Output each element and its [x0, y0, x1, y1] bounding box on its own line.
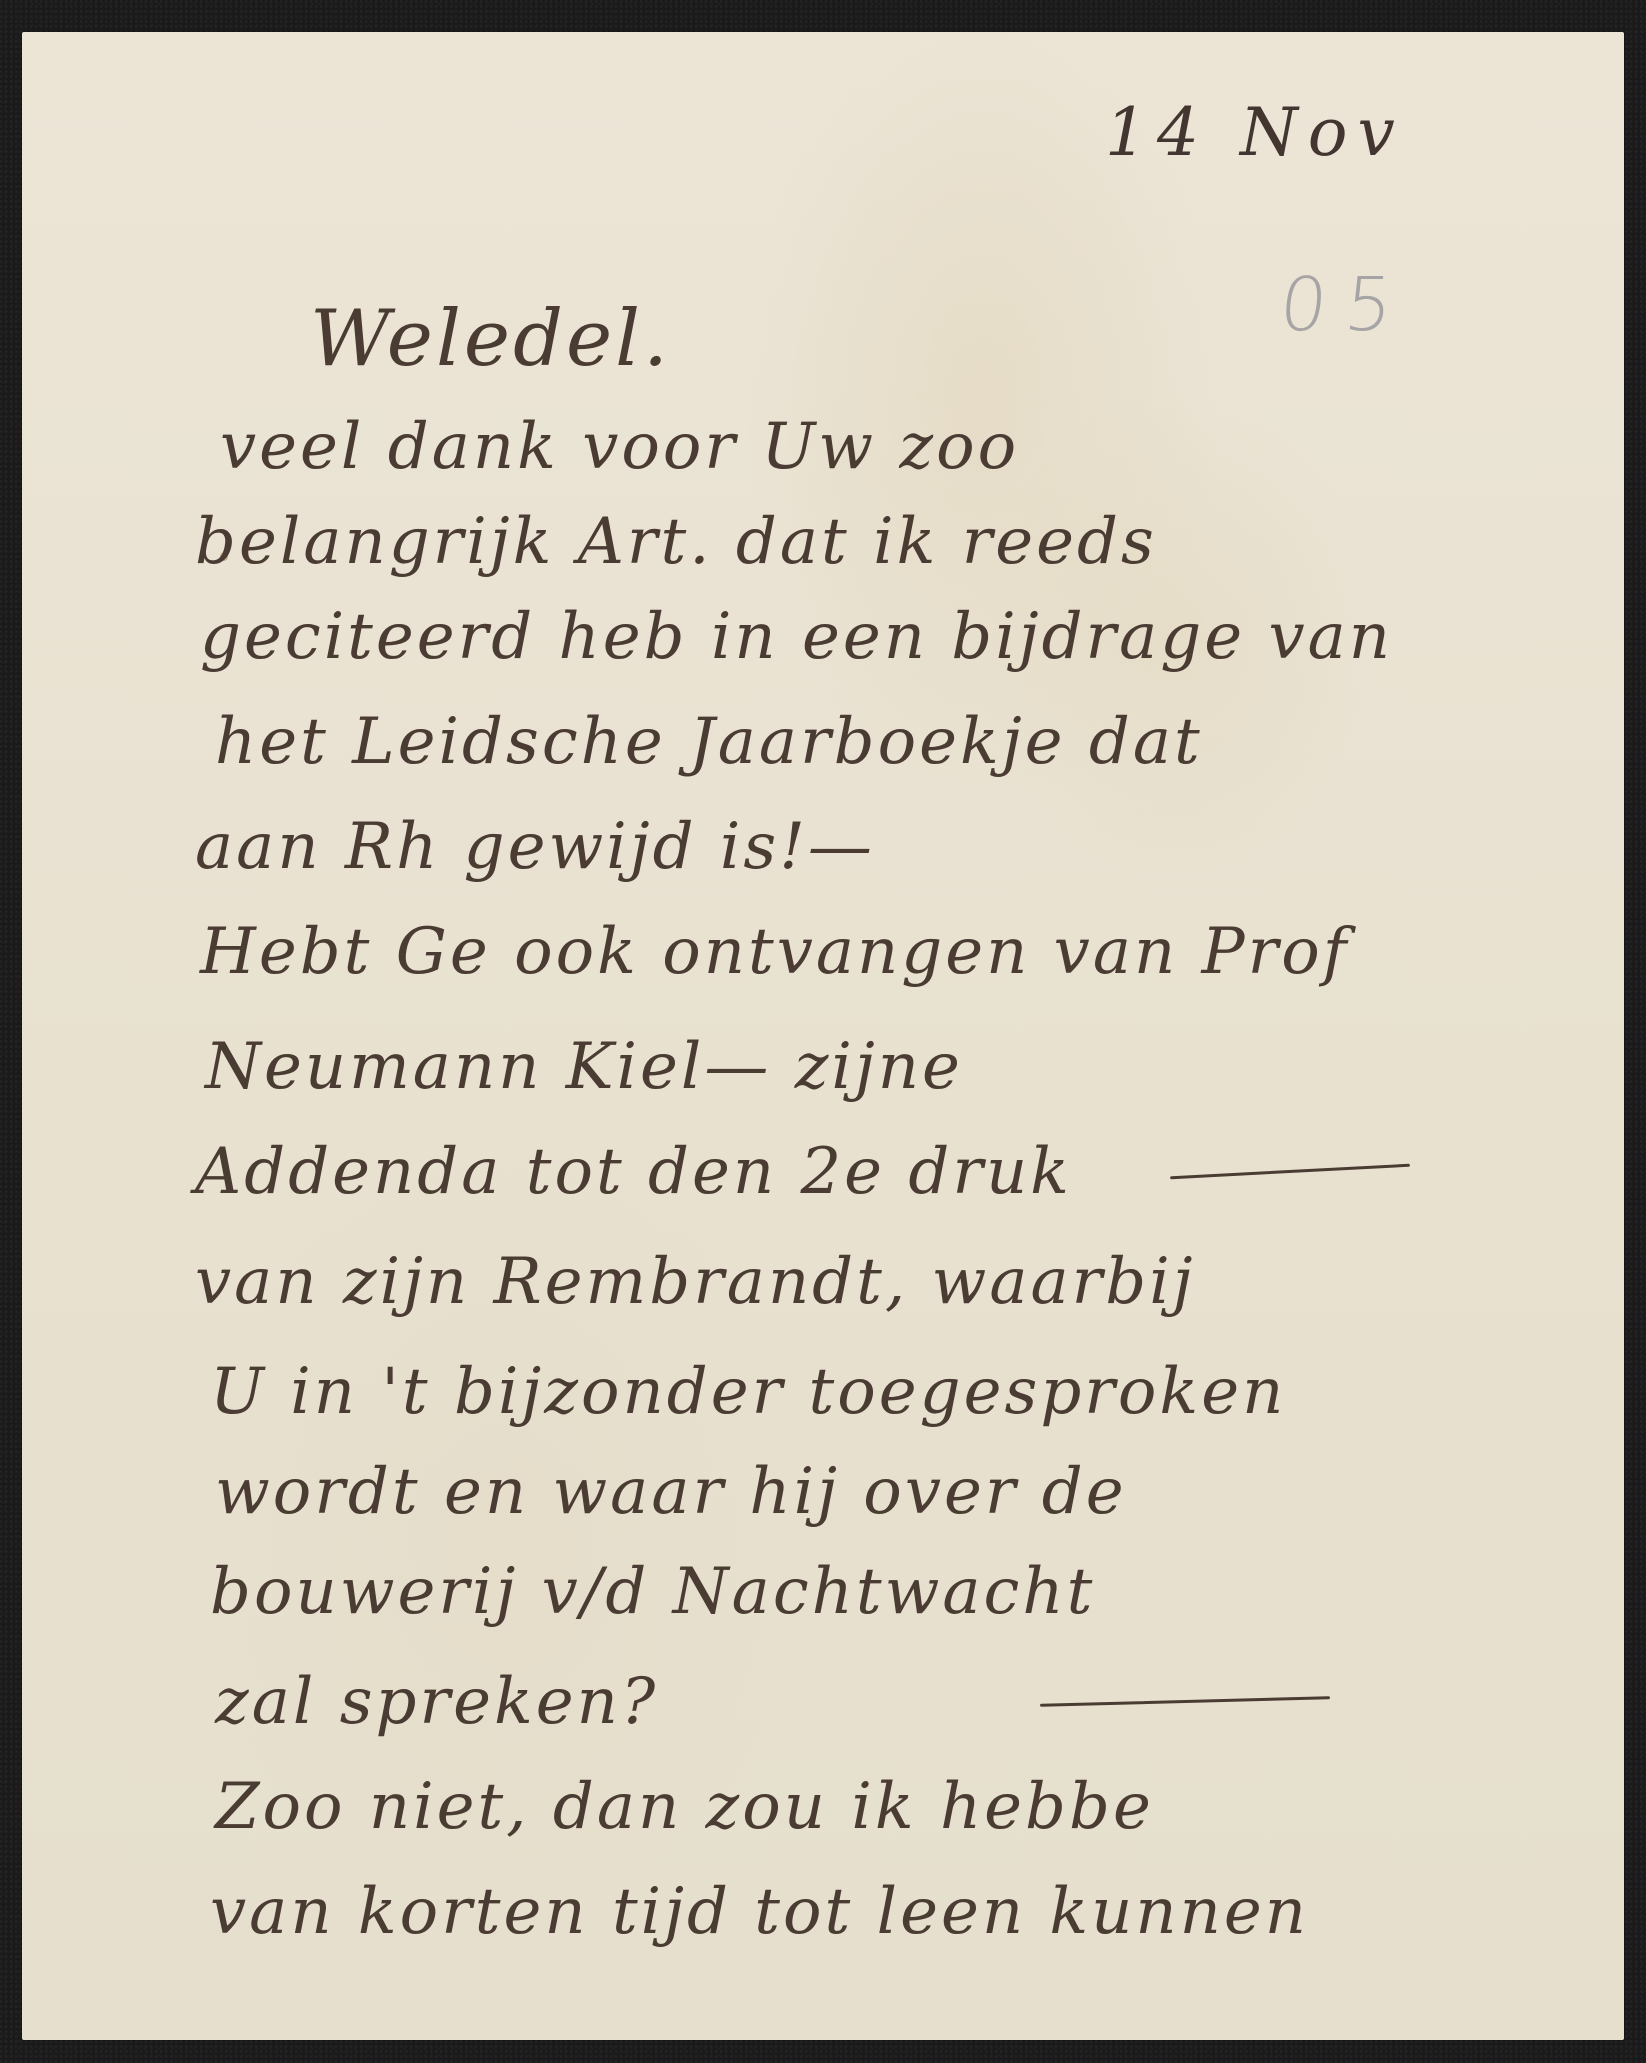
letter-date: 14 Nov [1105, 100, 1405, 166]
archival-pencil-mark: 05 [1275, 262, 1414, 348]
letter-line: van korten tijd tot leen kunnen [210, 1880, 1309, 1944]
letter-line: belangrijk Art. dat ik reeds [195, 510, 1157, 574]
letter-salutation: Weledel. [310, 300, 671, 378]
letter-line: Hebt Ge ook ontvangen van Prof [200, 920, 1349, 984]
letter-line: geciteerd heb in een bijdrage van [200, 605, 1393, 669]
letter-line: Neumann Kiel— zijne [205, 1035, 963, 1099]
letter-line: wordt en waar hij over de [215, 1460, 1127, 1524]
letter-line: bouwerij v/d Nachtwacht [210, 1560, 1095, 1624]
letter-line: U in 't bijzonder toegesproken [210, 1360, 1286, 1424]
letter-line: aan Rh gewijd is!— [195, 815, 875, 879]
letter-line: van zijn Rembrandt, waarbij [195, 1250, 1196, 1314]
letter-line: zal spreken? [215, 1670, 658, 1734]
letter-line: het Leidsche Jaarboekje dat [215, 710, 1203, 774]
letter-line: Addenda tot den 2e druk [195, 1140, 1072, 1204]
letter-line: veel dank voor Uw zoo [220, 415, 1019, 479]
letter-line: Zoo niet, dan zou ik hebbe [215, 1775, 1154, 1839]
